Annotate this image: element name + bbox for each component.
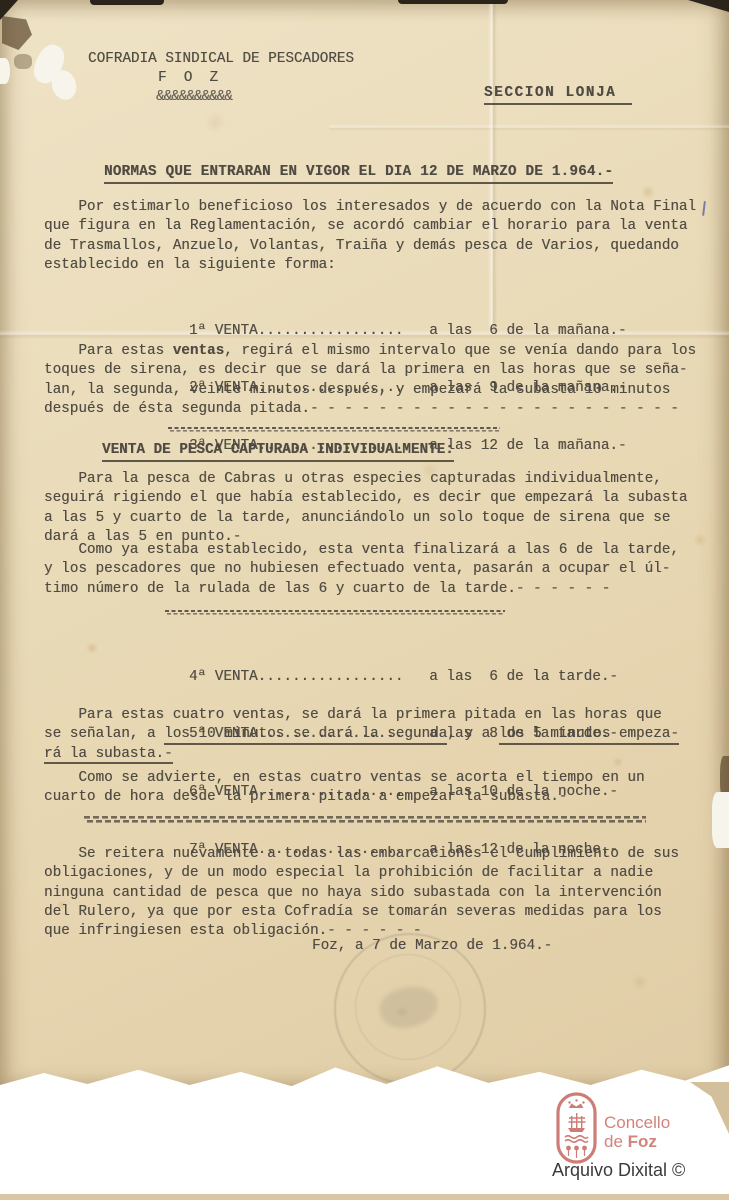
paragraph-sirena-bold: ventas [173, 343, 224, 359]
scan-bottom-strip [0, 1194, 729, 1200]
scanned-document-sheet: COFRADIA SINDICAL DE PESCADORES F O Z &&… [0, 0, 729, 1096]
paragraph-sirena: Para estas ventas, regirá el mismo inter… [44, 342, 714, 419]
org-name: COFRADIA SINDICAL DE PESCADORES [88, 50, 354, 69]
section-label: SECCION LONJA [484, 85, 632, 105]
scan-edge-artifact [398, 0, 508, 4]
paragraph-rulada: Como ya estaba establecido, esta venta f… [44, 541, 714, 599]
org-city: F O Z [158, 69, 218, 88]
typed-divider [168, 427, 500, 433]
paper-bottom-wedge [690, 1082, 729, 1134]
concello-foz-crest-icon [556, 1092, 597, 1164]
org-flourish: &&&&&&&&&& [156, 88, 232, 107]
watermark-org-line1: Concello [604, 1113, 670, 1132]
torn-paper-mark [14, 54, 32, 69]
watermark-org: Concello de Foz [604, 1113, 670, 1151]
paragraph-pitadas-seg2: , y a [447, 726, 498, 742]
ink-stamp [334, 933, 486, 1085]
paragraph-intro: Por estimarlo beneficioso los interesado… [44, 198, 714, 275]
paragraph-pitadas-underline1: los 10 minutos se dará la segunda [164, 726, 447, 745]
section2-title: VENTA DE PESCA CAPTURADA INDIVIDUALMENTE… [102, 442, 454, 462]
sale-row-1: 1ª VENTA................. a las 6 de la … [189, 322, 627, 341]
paragraph-cabras: Para la pesca de Cabras u otras especies… [44, 470, 714, 547]
typed-divider [165, 610, 505, 616]
paragraph-reitera: Se reitera nuevamente a todas las embarc… [44, 845, 714, 941]
paragraph-sirena-seg0: Para estas [44, 343, 173, 359]
watermark-org-line2: de Foz [604, 1132, 670, 1151]
typed-divider [84, 816, 646, 824]
torn-paper-patch [0, 58, 10, 84]
archive-credit: Arquivo Dixital © [552, 1160, 685, 1181]
paragraph-pitadas: Para estas cuatro ventas, se dará la pri… [44, 706, 714, 764]
doc-title: NORMAS QUE ENTRARAN EN VIGOR EL DIA 12 D… [104, 164, 613, 184]
watermark-foz: Foz [628, 1132, 657, 1151]
torn-paper-mark [2, 16, 32, 50]
sale-row-4: 4ª VENTA................. a las 6 de la … [189, 668, 618, 687]
watermark-de: de [604, 1132, 628, 1151]
torn-paper-patch [712, 792, 729, 848]
scan-edge-artifact [90, 0, 164, 5]
paragraph-advierte: Como se advierte, en estas cuatro ventas… [44, 769, 714, 808]
